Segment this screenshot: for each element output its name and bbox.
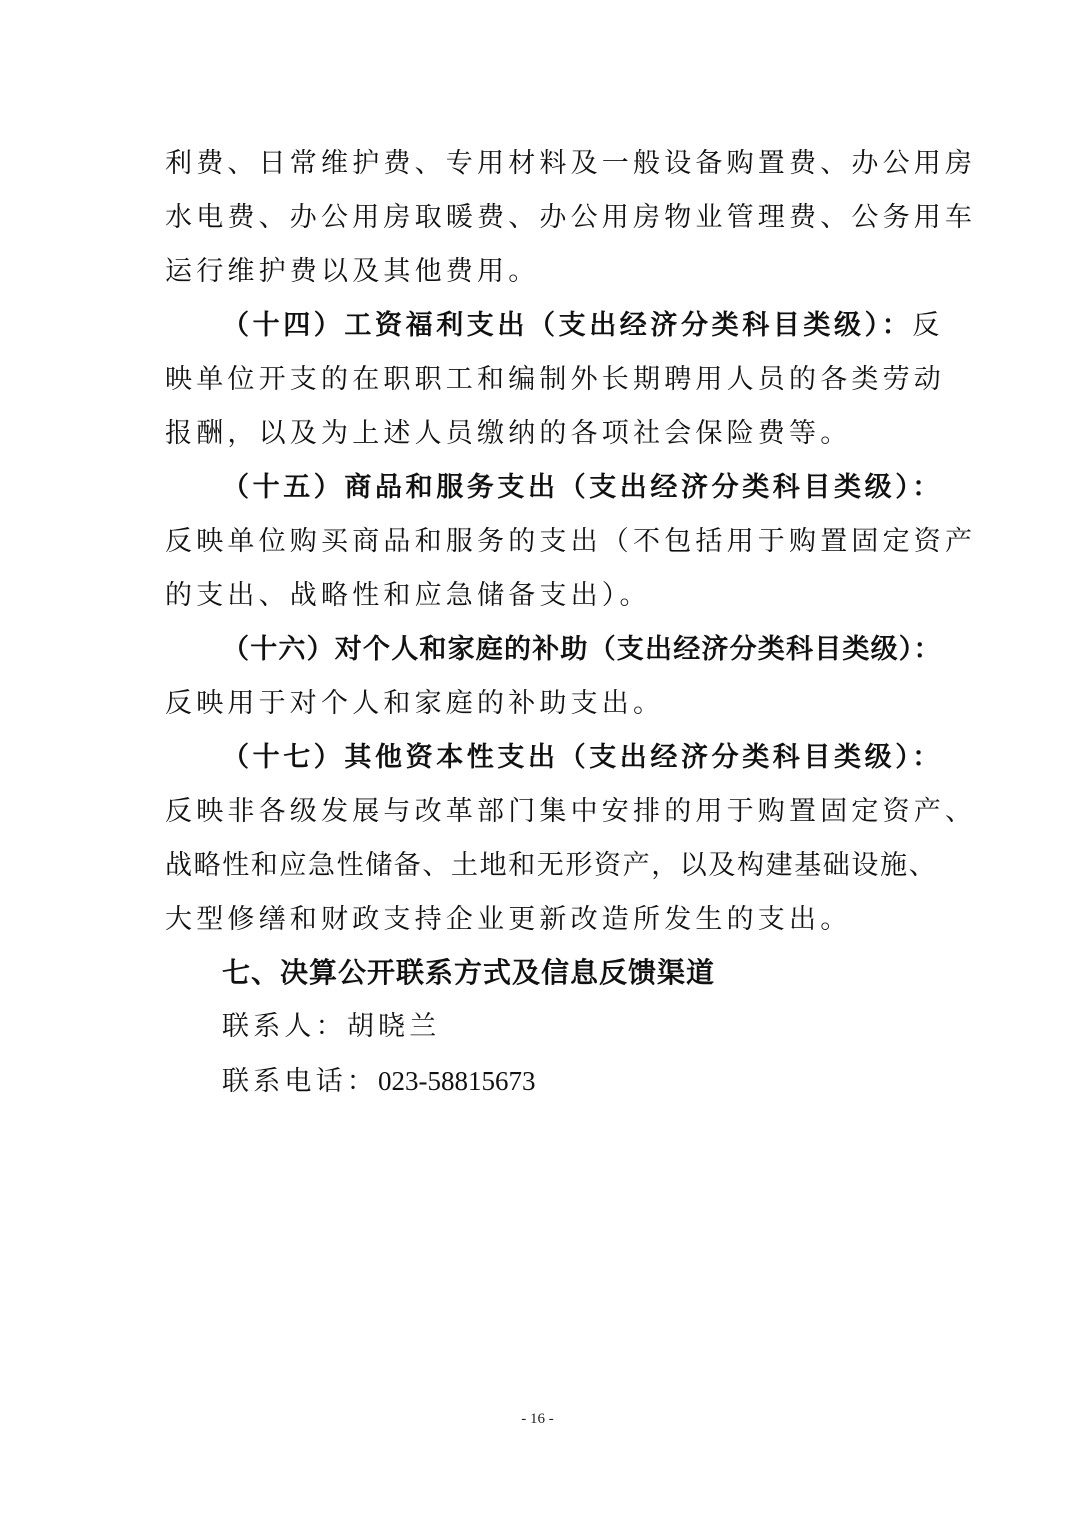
phone-label: 联系电话： [222, 1066, 378, 1097]
page-number: - 16 - [0, 1411, 1075, 1428]
paragraph-line: 报酬，以及为上述人员缴纳的各项社会保险费等。 [165, 417, 851, 451]
document-page: 利费、日常维护费、专用材料及一般设备购置费、办公用房 水电费、办公用房取暖费、办… [0, 0, 1075, 1520]
paragraph-line: 战略性和应急性储备、土地和无形资产，以及构建基础设施、 [165, 849, 937, 883]
paragraph-line: 的支出、战略性和应急储备支出）。 [165, 579, 651, 613]
item-15-heading: （十五）商品和服务支出（支出经济分类科目类级）： [222, 471, 943, 505]
paragraph-line: 反映单位购买商品和服务的支出（不包括用于购置固定资产 [165, 525, 976, 559]
paragraph-line: 运行维护费以及其他费用。 [165, 255, 539, 289]
paragraph-line: 大型修缮和财政支持企业更新改造所发生的支出。 [165, 903, 851, 937]
item-14-first-line: （十四）工资福利支出（支出经济分类科目类级）：反 [222, 309, 944, 343]
contact-label: 联系人： [222, 1011, 347, 1042]
item-16-heading: （十六）对个人和家庭的补助（支出经济分类科目类级）： [222, 633, 942, 667]
section-7-title: 七、决算公开联系方式及信息反馈渠道 [222, 956, 715, 990]
item-17-heading: （十七）其他资本性支出（支出经济分类科目类级）： [222, 741, 943, 775]
contact-name: 胡晓兰 [347, 1011, 441, 1042]
paragraph-line: 水电费、办公用房取暖费、办公用房物业管理费、公务用车 [165, 201, 976, 235]
paragraph-line: 反映用于对个人和家庭的补助支出。 [165, 687, 664, 721]
paragraph-line: 反映非各级发展与改革部门集中安排的用于购置固定资产、 [165, 795, 976, 829]
item-14-heading: （十四）工资福利支出（支出经济分类科目类级）： [222, 310, 912, 341]
contact-phone-line: 联系电话：023-58815673 [222, 1064, 536, 1099]
paragraph-line: 利费、日常维护费、专用材料及一般设备购置费、办公用房 [165, 147, 976, 181]
paragraph-line: 映单位开支的在职职工和编制外长期聘用人员的各类劳动 [165, 363, 945, 397]
contact-person-line: 联系人：胡晓兰 [222, 1010, 440, 1044]
item-14-text: 反 [912, 310, 943, 341]
phone-number: 023-58815673 [378, 1066, 536, 1096]
